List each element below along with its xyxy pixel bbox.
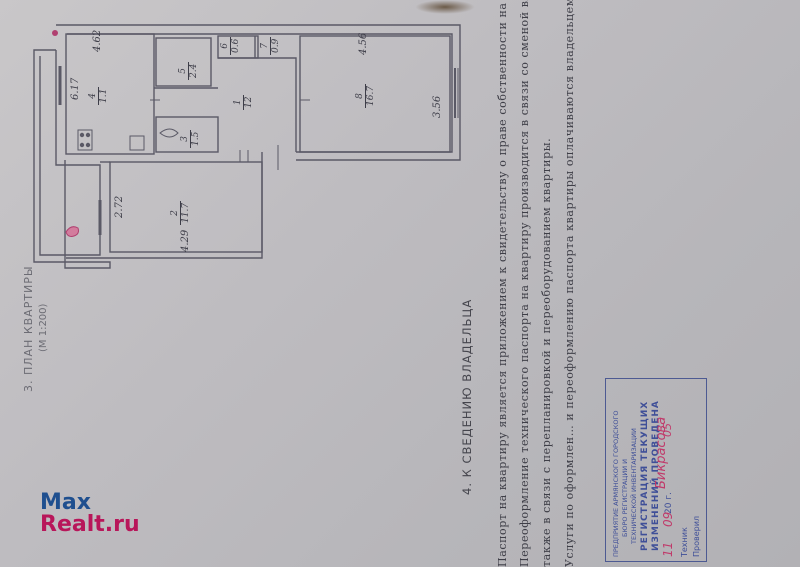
stamp-line-3: ТЕХНИЧЕСКОЙ ИНВЕНТАРИЗАЦИИ	[630, 428, 638, 544]
room-1-label: 112	[233, 95, 254, 110]
dim-room2-width: 2.72	[114, 196, 125, 218]
room-8-label: 816.7	[355, 84, 376, 108]
stain	[66, 227, 79, 237]
stamp-date-month: 09	[661, 512, 675, 527]
stamp-line-4: РЕГИСТРАЦИЯ ТЕКУЩИХ	[640, 401, 650, 551]
stamp-technician-label: Техник	[680, 527, 689, 557]
dim-kitchen-width: 6.17	[70, 78, 81, 100]
watermark-logo: Max Realt.ru	[40, 492, 140, 536]
plan-title: 3. ПЛАН КВАРТИРЫ	[22, 265, 35, 392]
section-title: 4. К СВЕДЕНИЮ ВЛАДЕЛЬЦА	[460, 299, 474, 495]
paragraph-2: Переоформление технического паспорта на …	[518, 0, 531, 567]
room-4-label: 41.1	[88, 87, 109, 105]
stamp-checked-label: Проверил	[692, 516, 701, 557]
dim-room8-width: 3.56	[432, 96, 443, 118]
room-6-label: 60.6	[220, 37, 241, 55]
room-3-label: 31.5	[180, 130, 201, 148]
room-5-label: 52.4	[178, 62, 199, 80]
dim-kitchen-length: 4.62	[92, 30, 103, 52]
paragraph-4: Услуги по оформлен… и переоформлению пас…	[563, 0, 576, 567]
stamp-line-1: ПРЕДПРИЯТИЕ АРМЯНСКОГО ГОРОДСКОГО	[612, 410, 620, 557]
room-2-label: 211.7	[170, 201, 191, 225]
registration-stamp: ПРЕДПРИЯТИЕ АРМЯНСКОГО ГОРОДСКОГО БЮРО Р…	[605, 378, 707, 562]
dim-room8-length: 4.56	[358, 33, 369, 55]
plan-scale: (М 1:200)	[38, 304, 49, 352]
paragraph-1: Паспорт на квартиру является приложением…	[496, 0, 509, 567]
watermark-line-1: Max	[40, 492, 140, 514]
stamp-signature: Бикрасова	[654, 417, 669, 489]
marker-dot	[52, 30, 58, 36]
paragraph-3: также в связи с перепланировкой и переоб…	[540, 138, 553, 567]
stamp-date-day: 11	[661, 542, 675, 557]
stamp-year-line: 20 г.	[664, 492, 674, 514]
stamp-line-2: БЮРО РЕГИСТРАЦИИ И	[621, 459, 629, 537]
dim-room2-length: 4.29	[180, 230, 191, 252]
room-7-label: 70.9	[260, 37, 281, 55]
watermark-line-2: Realt.ru	[40, 514, 140, 536]
